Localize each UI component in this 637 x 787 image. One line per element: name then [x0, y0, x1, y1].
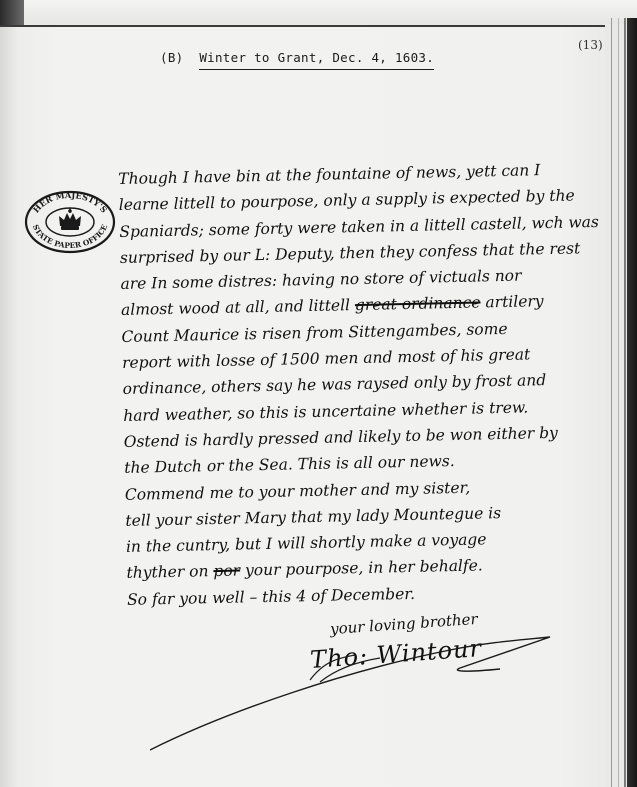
page-edge — [618, 18, 619, 787]
state-paper-office-stamp: HER MAJESTY'S STATE PAPER OFFICE — [24, 190, 116, 254]
letter-text: artilery — [480, 293, 543, 312]
letter-text: Commend me to your mother and my sister, — [125, 478, 471, 503]
letter-text: Count Maurice is risen from Sittengambes… — [121, 320, 507, 346]
page-edge — [611, 18, 612, 787]
letter-text: tell your sister Mary that my lady Mount… — [125, 504, 501, 530]
book-binding-edge — [627, 18, 637, 787]
letter-text: the Dutch or the Sea. This is all our ne… — [124, 452, 455, 477]
struck-out-text: por — [213, 562, 240, 581]
letter-text: hard weather, so this is uncertaine whet… — [123, 398, 528, 424]
page-number: (13) — [578, 38, 603, 52]
letter-text: are In some distres: having no store of … — [120, 267, 521, 293]
letter-text: almost wood at all, and littell — [121, 297, 355, 320]
letter-text: your pourpose, in her behalfe. — [240, 557, 483, 580]
letter-text: in the cuntry, but I will shortly make a… — [126, 531, 487, 557]
letter-text: ordinance, others say he was raysed only… — [122, 371, 546, 398]
scan-top-margin — [0, 0, 637, 24]
caption-label: (B) — [160, 50, 183, 65]
letter-text: Ostend is hardly pressed and likely to b… — [124, 424, 558, 451]
page-edge — [624, 18, 626, 787]
document-caption: (B) Winter to Grant, Dec. 4, 1603. — [160, 50, 434, 70]
letter-body: Though I have bin at the fountaine of ne… — [118, 156, 607, 613]
letter-text: thyther on — [126, 563, 213, 583]
crown-icon — [59, 208, 81, 230]
struck-out-text: great ordinance — [355, 294, 481, 315]
caption-title: Winter to Grant, Dec. 4, 1603. — [199, 50, 434, 70]
signature-flourish — [150, 600, 570, 760]
